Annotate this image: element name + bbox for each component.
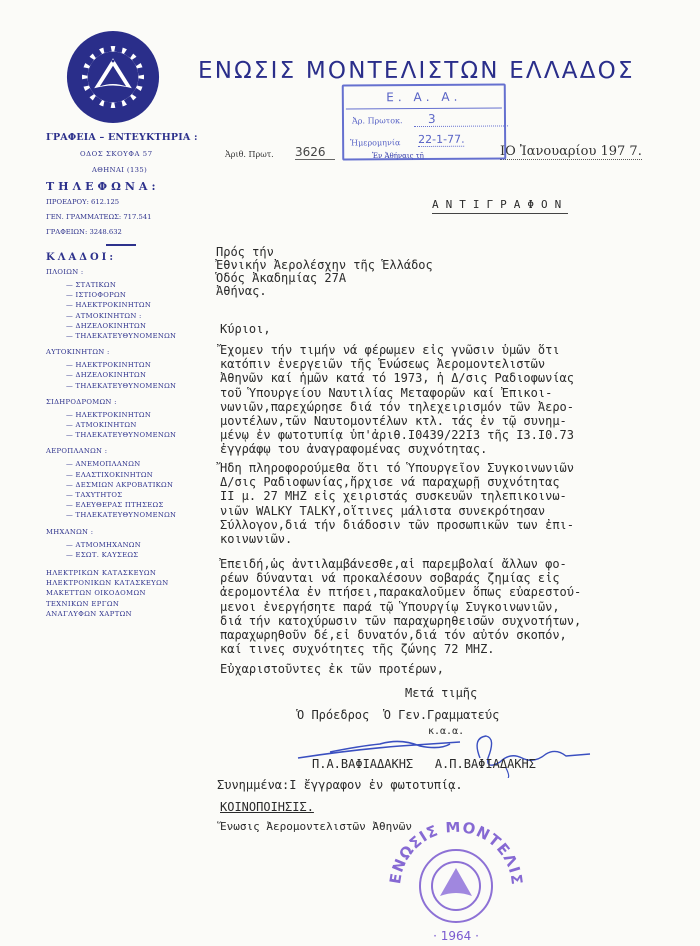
stamp-date-value: 22-1-77.: [418, 133, 465, 147]
reference-label: Ἀριθ. Πρωτ.: [225, 150, 274, 159]
branch-item: — ΑΤΜΟΚΙΝΗΤΩΝ: [66, 421, 137, 429]
stamp-title: Ε. Α. Α.: [344, 89, 504, 104]
branch-item: — ΑΝΕΜΟΠΛΑΝΩΝ: [66, 460, 140, 468]
organization-seal-icon: ΕΝΩΣΙΣ ΜΟΝΤΕΛΙΣΤΩΝ ΕΛΛΑΔΟΣ · 1964 ·: [378, 822, 534, 944]
stamp-protocol-label: Ἀρ. Πρωτοκ.: [352, 116, 403, 125]
other-branch: ΗΛΕΚΤΡΙΚΩΝ ΚΑΤΑΣΚΕΥΩΝ: [46, 569, 156, 577]
branch-category: ΑΥΤΟΚΙΝΗΤΩΝ :: [46, 348, 110, 356]
branch-category: ΜΗΧΑΝΩΝ :: [46, 528, 93, 536]
branch-item: — ΔΕΣΜΙΩΝ ΑΚΡΟΒΑΤΙΚΩΝ: [66, 481, 173, 489]
address-street: ΟΔΟΣ ΣΚΟΥΦΑ 57: [80, 150, 153, 158]
branch-category: ΣΙΔΗΡΟΔΡΟΜΩΝ :: [46, 398, 117, 406]
branch-item: — ΤΗΛΕΚΑΤΕΥΘΥΝΟΜΕΝΩΝ: [66, 382, 176, 390]
branches-label: ΚΛΑΔΟΙ:: [46, 252, 116, 263]
copy-label: ΑΝΤΙΓΡΑΦΟΝ: [432, 198, 568, 214]
phone-secretary: ΓΕΝ. ΓΡΑΜΜΑΤΕΩΣ: 717.541: [46, 213, 151, 221]
phone-offices: ΓΡΑΦΕΙΩΝ: 3248.632: [46, 228, 122, 236]
stamp-protocol-value: 3: [414, 111, 508, 127]
other-branch: ΗΛΕΚΤΡΟΝΙΚΩΝ ΚΑΤΑΣΚΕΥΩΝ: [46, 579, 169, 587]
address-city: ΑΘΗΝΑΙ (135): [92, 166, 147, 174]
branch-item: — ΕΛΕΥΘΕΡΑΣ ΠΤΗΣΕΩΣ: [66, 501, 164, 509]
gear-aircraft-emblem-icon: [66, 30, 160, 124]
regards: Μετά τιμῆς: [405, 686, 477, 700]
branch-category: ΠΛΟΙΩΝ :: [46, 268, 84, 276]
branch-item: — ΔΗΖΕΛΟΚΙΝΗΤΩΝ: [66, 371, 146, 379]
seal-year: · 1964 ·: [433, 929, 479, 943]
branch-item: — ΑΤΜΟΜΗΧΑΝΩΝ: [66, 541, 141, 549]
recipient-block: Πρός τήν Ἐθνικήν Ἀερολέσχην τῆς Ἑλλάδος …: [216, 246, 433, 298]
branch-item: — ΗΛΕΚΤΡΟΚΙΝΗΤΩΝ: [66, 411, 151, 419]
branch-item: — ΑΤΜΟΚΙΝΗΤΩΝ :: [66, 312, 142, 320]
paragraph-3: Ἐπειδή,ὡς ἀντιλαμβάνεσθε,αἱ παρεμβολαί ἄ…: [220, 557, 581, 656]
letter-date: IO Ἰανουαρίου 197 7.: [500, 144, 642, 160]
stamp-divider: [346, 107, 502, 109]
organization-title: ΕΝΩΣΙΣ ΜΟΝΤΕΛΙΣΤΩΝ ΕΛΛΑΔΟΣ: [198, 58, 635, 84]
signatory-names: Π.Α.ΒΑΦΙΑΔΑΚΗΣ Α.Π.ΒΑΦΙΑΔΑΚΗΣ: [312, 757, 536, 771]
offices-label: ΓΡΑΦΕΙΑ – ΕΝΤΕΥΚΤΗΡΙΑ :: [46, 132, 198, 143]
salutation: Κύριοι,: [220, 322, 271, 336]
phones-label: ΤΗΛΕΦΩΝΑ:: [46, 180, 160, 193]
branch-item: — ΤΗΛΕΚΑΤΕΥΘΥΝΟΜΕΝΩΝ: [66, 332, 176, 340]
branch-item: — ΗΛΕΚΤΡΟΚΙΝΗΤΩΝ: [66, 361, 151, 369]
other-branch: ΜΑΚΕΤΤΩΝ ΟΙΚΟΔΟΜΩΝ: [46, 589, 146, 597]
divider: [106, 244, 136, 246]
enclosure-note: Συνημμένα:Ι ἔγγραφον ἐν φωτοτυπίᾳ.: [217, 778, 463, 792]
other-branch: ΤΕΧΝΙΚΩΝ ΕΡΓΩΝ: [46, 600, 119, 608]
branch-item: — ΔΗΖΕΛΟΚΙΝΗΤΩΝ: [66, 322, 146, 330]
other-branch: ΑΝΑΓΛΥΦΩΝ ΧΑΡΤΩΝ: [46, 610, 132, 618]
paragraph-2: Ἤδη πληροφορούμεθα ὅτι τό Ὑπουργεῖον Συγ…: [220, 461, 574, 546]
branch-item: — ΤΑΧΥΤΗΤΟΣ: [66, 491, 122, 499]
branch-item: — ΤΗΛΕΚΑΤΕΥΘΥΝΟΜΕΝΩΝ: [66, 511, 176, 519]
branch-category: ΑΕΡΟΠΛΑΝΩΝ :: [46, 447, 107, 455]
registry-stamp: Ε. Α. Α. Ἀρ. Πρωτοκ. 3 Ἡμερομηνία 22-1-7…: [342, 83, 507, 160]
stamp-date-label: Ἡμερομηνία: [350, 138, 400, 147]
branch-item: — ΗΛΕΚΤΡΟΚΙΝΗΤΩΝ: [66, 301, 151, 309]
closing: Εὐχαριστοῦντες ἐκ τῶν προτέρων,: [220, 662, 444, 676]
phone-president: ΠΡΟΕΔΡΟΥ: 612.125: [46, 198, 119, 206]
paragraph-1: Ἔχομεν τήν τιμήν νά φέρωμεν εἰς γνῶσιν ὑ…: [220, 343, 574, 457]
reference-number: 3626: [295, 145, 335, 160]
signatory-titles: Ὁ Πρόεδρος Ὁ Γεν.Γραμματεύς: [297, 708, 499, 722]
branch-item: — ΕΣΩΤ. ΚΑΥΣΕΩΣ: [66, 551, 138, 559]
cc-label: ΚΟΙΝΟΠΟΙΗΣΙΣ.: [220, 800, 314, 814]
branch-item: — ΙΣΤΙΟΦΟΡΩΝ: [66, 291, 126, 299]
branch-item: — ΕΛΑΣΤΙΧΟΚΙΝΗΤΩΝ: [66, 471, 153, 479]
branch-item: — ΣΤΑΤΙΚΩΝ: [66, 281, 116, 289]
branch-item: — ΤΗΛΕΚΑΤΕΥΘΥΝΟΜΕΝΩΝ: [66, 431, 176, 439]
